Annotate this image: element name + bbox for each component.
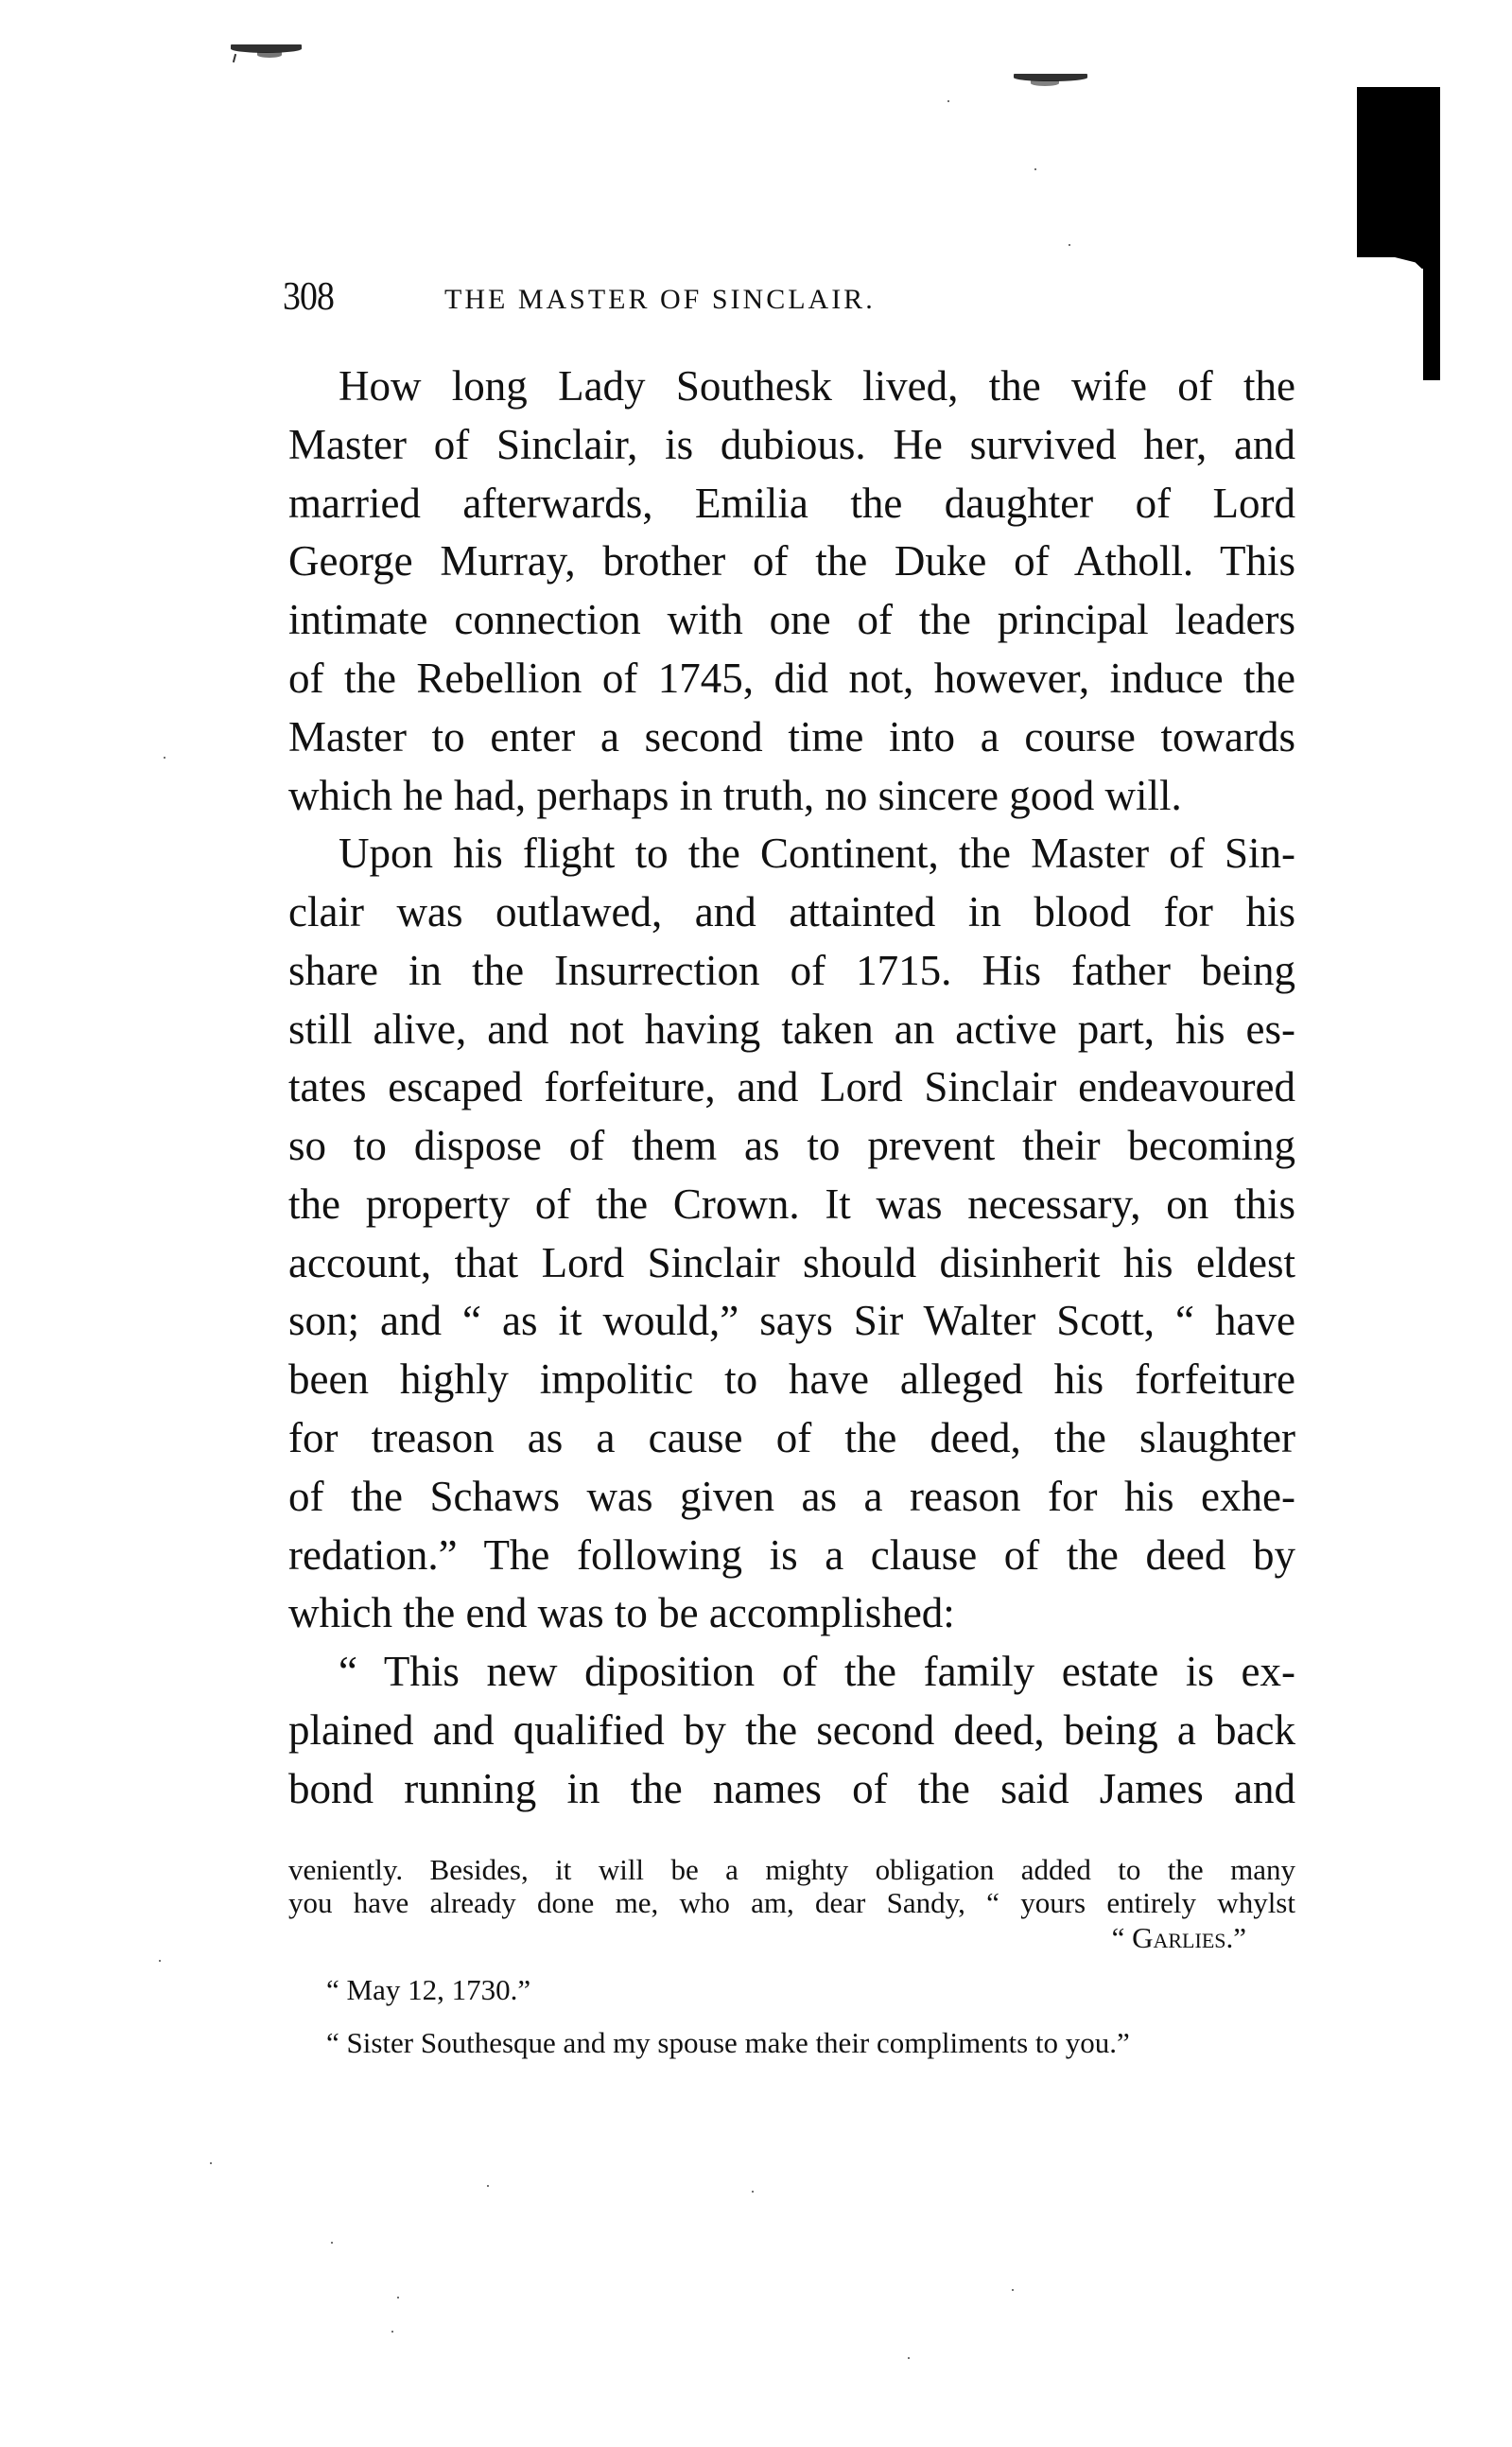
paragraph-2-line: which the end was to be accomplished: [288, 1584, 1295, 1641]
ink-smudge-top-left-bleed [257, 52, 282, 58]
paragraph-2-line: the property of the Crown. It was necess… [288, 1176, 1295, 1232]
page-edge-shadow-tail [1423, 255, 1440, 380]
paragraph-3-line: bond running in the names of the said Ja… [288, 1760, 1295, 1817]
paragraph-2-line: Upon his flight to the Continent, the Ma… [339, 825, 1295, 882]
paragraph-1-line: George Murray, brother of the Duke of At… [288, 533, 1295, 589]
footnote-signature: “ Garlies.” [946, 1921, 1246, 1955]
paragraph-3-line: “ This new diposition of the family esta… [339, 1643, 1295, 1700]
paragraph-2-line: so to dispose of them as to prevent thei… [288, 1117, 1295, 1174]
speck [331, 2242, 333, 2244]
paragraph-1-line: intimate connection with one of the prin… [288, 591, 1295, 648]
paragraph-1-line: How long Lady Southesk lived, the wife o… [339, 358, 1295, 414]
paragraph-1-line: Master to enter a second time into a cou… [288, 708, 1295, 765]
speck [210, 2162, 212, 2164]
footnote-line: you have already done me, who am, dear S… [288, 1886, 1295, 1920]
ink-smudge-top-center-bleed [1031, 80, 1059, 86]
paragraph-2-line: share in the Insurrection of 1715. His f… [288, 942, 1295, 999]
speck [487, 2185, 489, 2187]
page-edge-shadow-bar [1357, 87, 1440, 257]
footnote-postscript: “ Sister Southesque and my spouse make t… [326, 2026, 1295, 2060]
speck [1012, 2289, 1014, 2291]
speck [159, 1960, 161, 1962]
paragraph-1-line: Master of Sinclair, is dubious. He survi… [288, 416, 1295, 473]
paragraph-1-line: married afterwards, Emilia the daughter … [288, 475, 1295, 532]
speck [752, 2191, 754, 2193]
paragraph-2-line: tates escaped forfeiture, and Lord Sincl… [288, 1058, 1295, 1115]
running-title: THE MASTER OF SINCLAIR. [444, 285, 1050, 315]
paragraph-2-line: redation.” The following is a clause of … [288, 1527, 1295, 1583]
speck [1034, 168, 1036, 170]
speck [397, 2297, 399, 2298]
paragraph-2-line: for treason as a cause of the deed, the … [288, 1409, 1295, 1466]
paragraph-1-line: of the Rebellion of 1745, did not, howev… [288, 650, 1295, 707]
speck [1069, 244, 1070, 246]
paragraph-2-line: of the Schaws was given as a reason for … [288, 1468, 1295, 1525]
speck [947, 100, 949, 102]
paragraph-3-line: plained and qualified by the second deed… [288, 1702, 1295, 1758]
ink-mark [233, 54, 236, 62]
page-number: 308 [283, 277, 334, 317]
paragraph-2-line: been highly impolitic to have alleged hi… [288, 1351, 1295, 1407]
scanned-book-page: 308 THE MASTER OF SINCLAIR. How long Lad… [0, 0, 1512, 2447]
footnote-line: veniently. Besides, it will be a mighty … [288, 1853, 1295, 1887]
speck [908, 2357, 910, 2359]
footnote-date: “ May 12, 1730.” [326, 1973, 1295, 2007]
paragraph-1-line: which he had, perhaps in truth, no since… [288, 767, 1295, 824]
speck [164, 757, 165, 759]
paragraph-2-line: still alive, and not having taken an act… [288, 1001, 1295, 1057]
paragraph-2-line: account, that Lord Sinclair should disin… [288, 1234, 1295, 1291]
speck [391, 2331, 393, 2333]
paragraph-2-line: son; and “ as it would,” says Sir Walter… [288, 1292, 1295, 1349]
paragraph-2-line: clair was outlawed, and attainted in blo… [288, 883, 1295, 940]
